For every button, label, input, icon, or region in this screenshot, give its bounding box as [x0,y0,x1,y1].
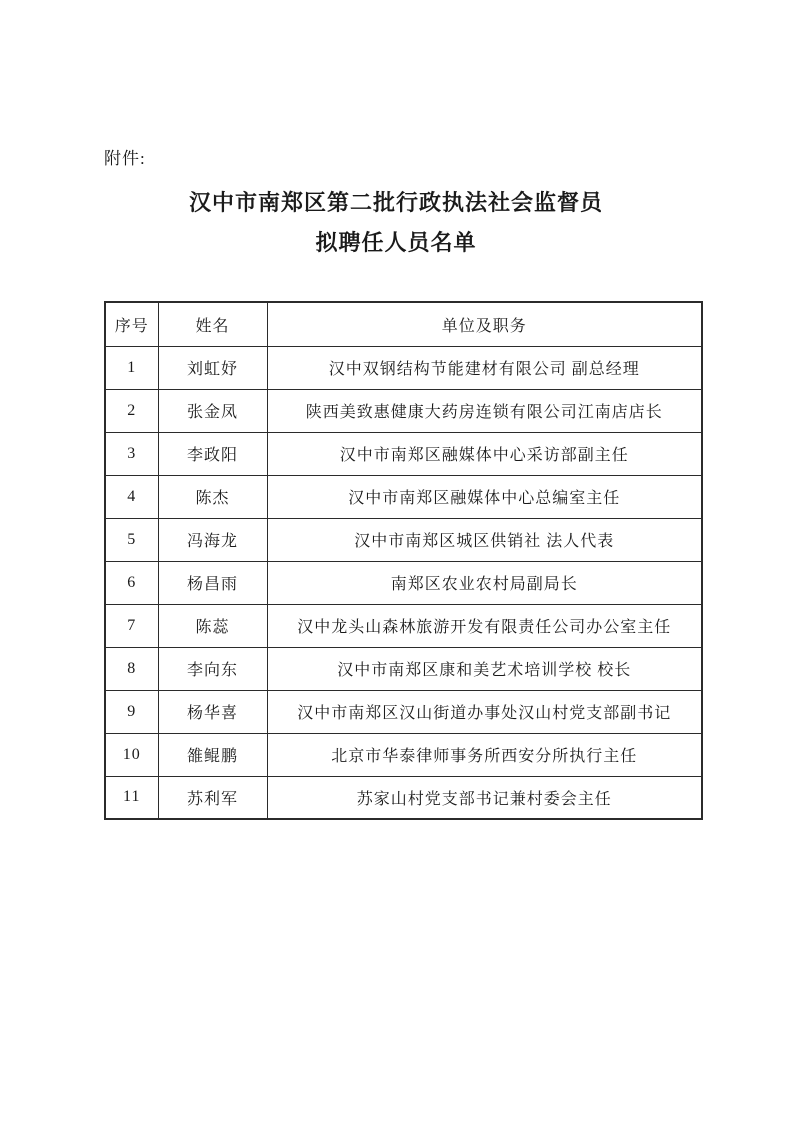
row-number-cell: 4 [105,475,158,518]
position-cell: 陕西美致惠健康大药房连锁有限公司江南店店长 [267,389,702,432]
table-row: 9杨华喜汉中市南郑区汉山街道办事处汉山村党支部副书记 [105,690,702,733]
table-row: 11苏利军苏家山村党支部书记兼村委会主任 [105,776,702,819]
name-cell: 杨华喜 [158,690,267,733]
row-number-cell: 11 [105,776,158,819]
position-cell: 汉中市南郑区汉山街道办事处汉山村党支部副书记 [267,690,702,733]
name-cell: 陈蕊 [158,604,267,647]
position-cell: 汉中龙头山森林旅游开发有限责任公司办公室主任 [267,604,702,647]
table-row: 1刘虹妤汉中双钢结构节能建材有限公司 副总经理 [105,346,702,389]
position-cell: 汉中市南郑区康和美艺术培训学校 校长 [267,647,702,690]
name-cell: 陈杰 [158,475,267,518]
position-cell: 汉中市南郑区城区供销社 法人代表 [267,518,702,561]
row-number-cell: 2 [105,389,158,432]
table-row: 5冯海龙汉中市南郑区城区供销社 法人代表 [105,518,702,561]
document-page: 附件: 汉中市南郑区第二批行政执法社会监督员 拟聘任人员名单 序号 姓名 单位及… [0,0,792,1121]
row-number-cell: 3 [105,432,158,475]
table-row: 3李政阳汉中市南郑区融媒体中心采访部副主任 [105,432,702,475]
name-cell: 刘虹妤 [158,346,267,389]
position-cell: 汉中双钢结构节能建材有限公司 副总经理 [267,346,702,389]
position-cell: 南郑区农业农村局副局长 [267,561,702,604]
row-number-cell: 5 [105,518,158,561]
name-cell: 李政阳 [158,432,267,475]
name-cell: 张金凤 [158,389,267,432]
table-row: 4陈杰汉中市南郑区融媒体中心总编室主任 [105,475,702,518]
personnel-table: 序号 姓名 单位及职务 1刘虹妤汉中双钢结构节能建材有限公司 副总经理2张金凤陕… [104,301,703,820]
position-cell: 汉中市南郑区融媒体中心采访部副主任 [267,432,702,475]
table-header-row: 序号 姓名 单位及职务 [105,302,702,346]
column-header-no: 序号 [105,302,158,346]
document-title-line2: 拟聘任人员名单 [0,226,792,257]
name-cell: 苏利军 [158,776,267,819]
table-row: 8李向东汉中市南郑区康和美艺术培训学校 校长 [105,647,702,690]
row-number-cell: 6 [105,561,158,604]
table-row: 6杨昌雨南郑区农业农村局副局长 [105,561,702,604]
name-cell: 冯海龙 [158,518,267,561]
document-title-line1: 汉中市南郑区第二批行政执法社会监督员 [0,186,792,217]
column-header-position: 单位及职务 [267,302,702,346]
table-row: 2张金凤陕西美致惠健康大药房连锁有限公司江南店店长 [105,389,702,432]
name-cell: 李向东 [158,647,267,690]
attachment-label: 附件: [104,144,146,169]
name-cell: 雒鲲鹏 [158,733,267,776]
table-row: 7陈蕊汉中龙头山森林旅游开发有限责任公司办公室主任 [105,604,702,647]
position-cell: 汉中市南郑区融媒体中心总编室主任 [267,475,702,518]
column-header-name: 姓名 [158,302,267,346]
row-number-cell: 1 [105,346,158,389]
row-number-cell: 9 [105,690,158,733]
row-number-cell: 7 [105,604,158,647]
position-cell: 苏家山村党支部书记兼村委会主任 [267,776,702,819]
table-body: 1刘虹妤汉中双钢结构节能建材有限公司 副总经理2张金凤陕西美致惠健康大药房连锁有… [105,346,702,819]
table-row: 10雒鲲鹏北京市华泰律师事务所西安分所执行主任 [105,733,702,776]
position-cell: 北京市华泰律师事务所西安分所执行主任 [267,733,702,776]
row-number-cell: 8 [105,647,158,690]
name-cell: 杨昌雨 [158,561,267,604]
row-number-cell: 10 [105,733,158,776]
